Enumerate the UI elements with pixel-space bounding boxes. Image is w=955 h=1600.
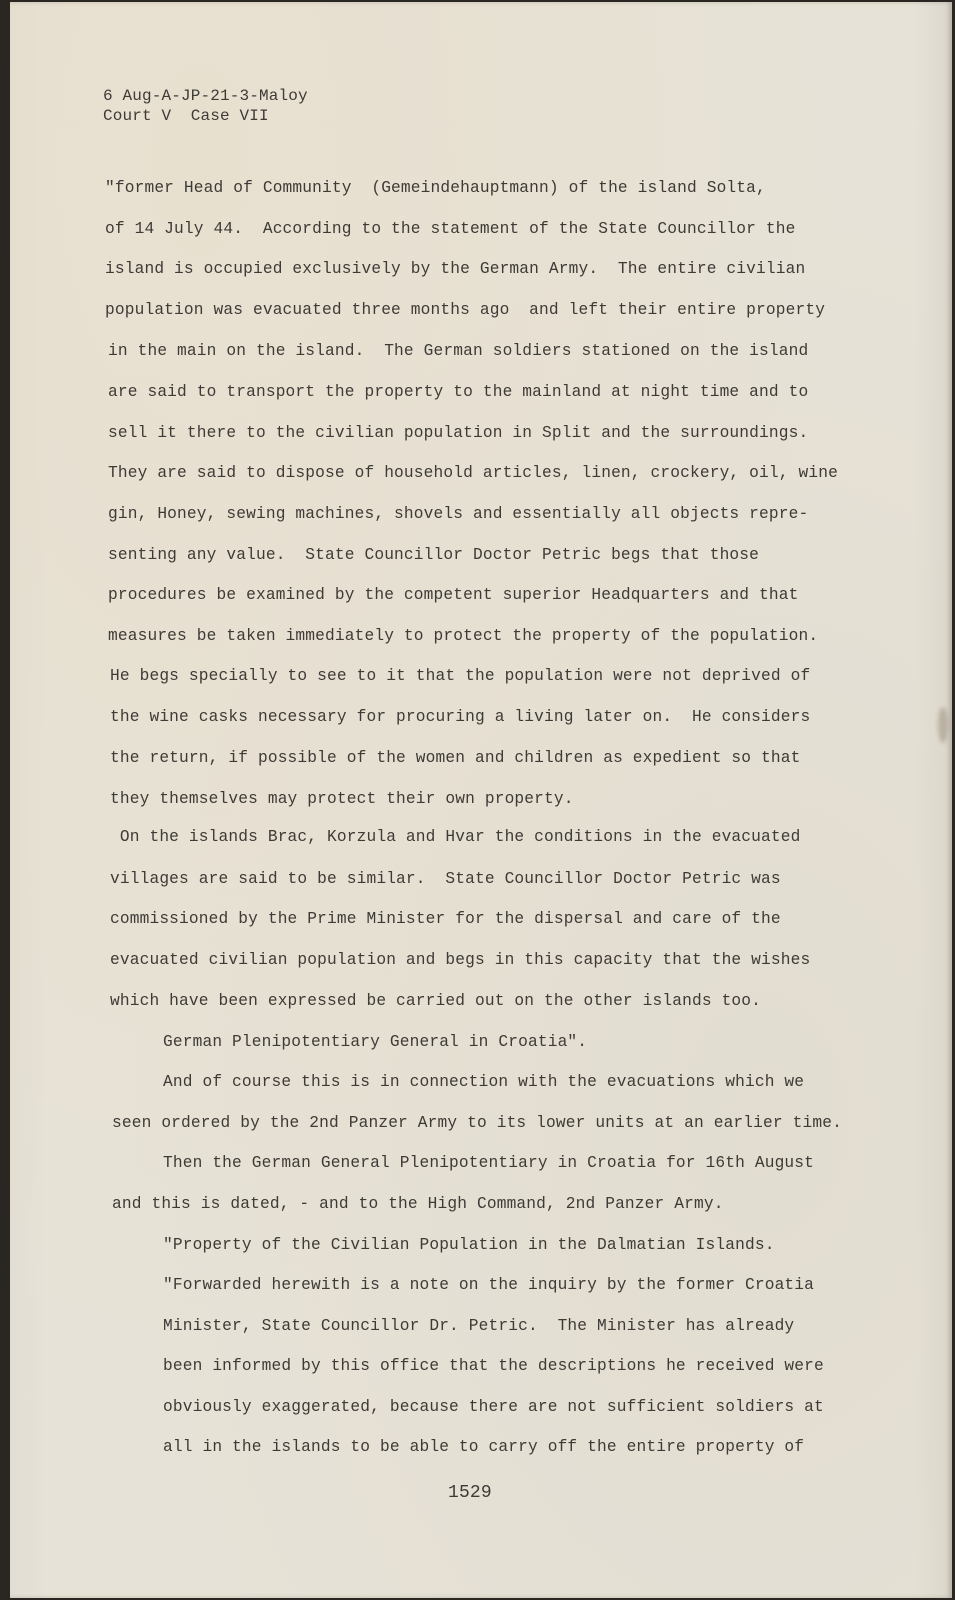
text-line: all in the islands to be able to carry o… — [163, 1437, 804, 1457]
text-line: been informed by this office that the de… — [163, 1356, 824, 1376]
paper-stain — [938, 707, 948, 743]
text-line: of 14 July 44. According to the statemen… — [105, 219, 796, 239]
text-line: senting any value. State Councillor Doct… — [108, 545, 759, 565]
text-line: island is occupied exclusively by the Ge… — [105, 259, 805, 279]
text-line: and this is dated, - and to the High Com… — [112, 1194, 724, 1214]
text-line: evacuated civilian population and begs i… — [110, 950, 810, 970]
text-line: population was evacuated three months ag… — [105, 300, 825, 320]
text-line: they themselves may protect their own pr… — [110, 789, 574, 809]
text-line: are said to transport the property to th… — [108, 382, 808, 402]
text-line: procedures be examined by the competent … — [108, 585, 799, 605]
text-line: obviously exaggerated, because there are… — [163, 1397, 824, 1417]
document-reference-line: 6 Aug-A-JP-21-3-Maloy — [103, 86, 308, 107]
text-line: "Property of the Civilian Population in … — [163, 1235, 775, 1255]
text-line: Minister, State Councillor Dr. Petric. T… — [163, 1316, 794, 1336]
text-line: seen ordered by the 2nd Panzer Army to i… — [112, 1113, 842, 1133]
text-line: German Plenipotentiary General in Croati… — [163, 1032, 587, 1052]
text-line: the return, if possible of the women and… — [110, 748, 801, 768]
text-line: commissioned by the Prime Minister for t… — [110, 909, 781, 929]
text-line: gin, Honey, sewing machines, shovels and… — [108, 504, 808, 524]
text-line: villages are said to be similar. State C… — [110, 869, 781, 889]
text-line: They are said to dispose of household ar… — [108, 463, 838, 483]
text-line: the wine casks necessary for procuring a… — [110, 707, 810, 727]
text-line: On the islands Brac, Korzula and Hvar th… — [110, 827, 801, 847]
text-line: in the main on the island. The German so… — [108, 341, 808, 361]
text-line: measures be taken immediately to protect… — [108, 626, 818, 646]
text-line: And of course this is in connection with… — [163, 1072, 804, 1092]
document-page: 6 Aug-A-JP-21-3-Maloy Court V Case VII "… — [10, 2, 952, 1598]
text-line: "Forwarded herewith is a note on the inq… — [163, 1275, 814, 1295]
text-line: He begs specially to see to it that the … — [110, 666, 810, 686]
court-case-line: Court V Case VII — [103, 106, 269, 127]
page-number: 1529 — [448, 1483, 492, 1503]
text-line: "former Head of Community (Gemeindehaupt… — [105, 178, 766, 198]
text-line: sell it there to the civilian population… — [108, 423, 808, 443]
text-line: Then the German General Plenipotentiary … — [163, 1153, 814, 1173]
text-line: which have been expressed be carried out… — [110, 991, 761, 1011]
